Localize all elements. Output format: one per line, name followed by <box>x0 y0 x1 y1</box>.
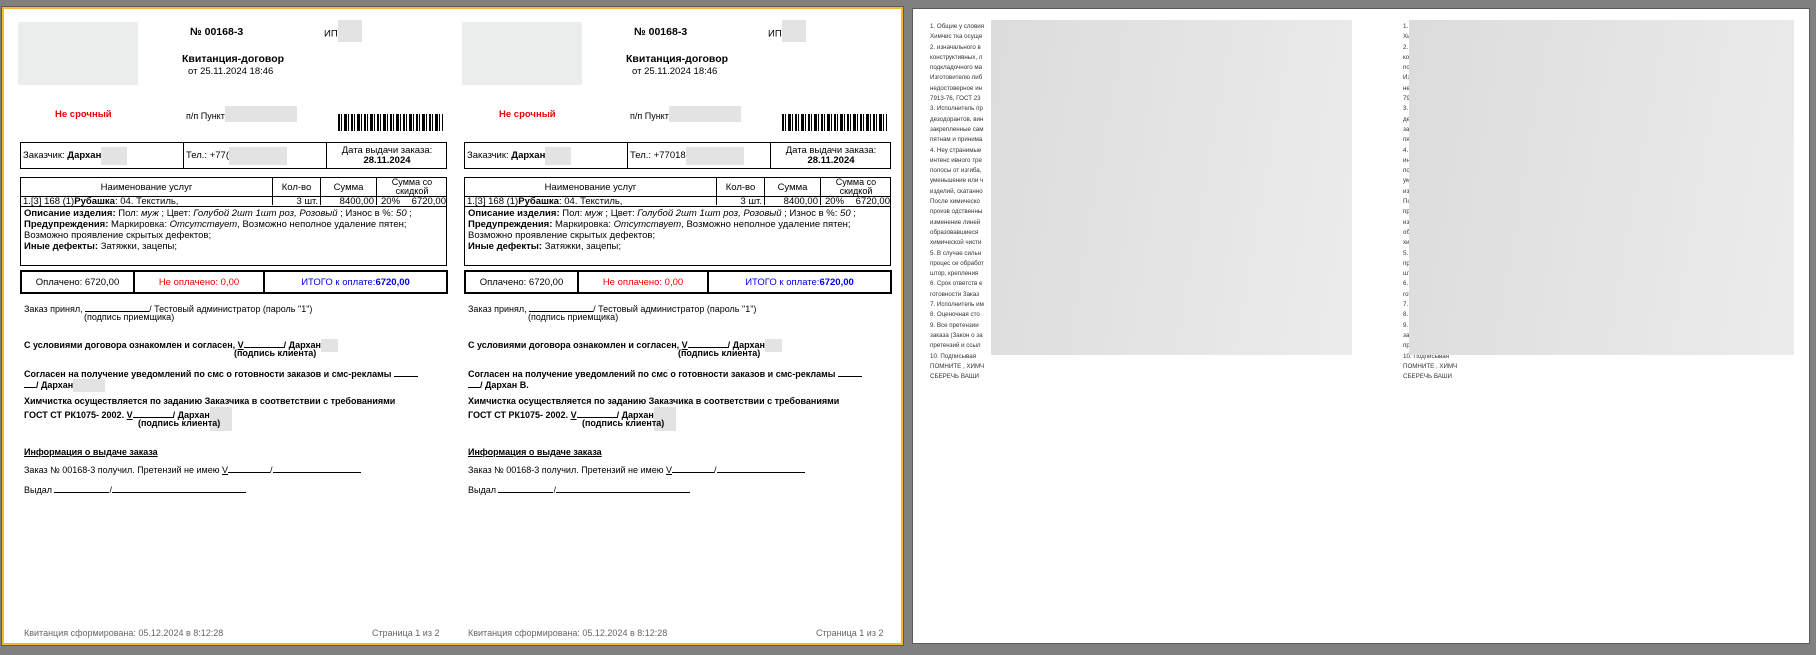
col-header-service: Наименование услуг <box>21 178 272 196</box>
issue-info-title: Информация о выдаче заказа <box>468 447 602 457</box>
terms-line: уменьшение или ч <box>930 177 992 185</box>
terms-line: 7913-76, ГОСТ 23 <box>930 95 992 103</box>
footer-page: Страница 1 из 2 <box>816 628 883 638</box>
urgency-status: Не срочный <box>499 109 556 120</box>
print-preview-page-2[interactable]: 1. Общие у словияХимчис тка осуще2. изна… <box>912 8 1810 644</box>
receipt-copy: № 00168-3 ИП Квитанция-договор от 25.11.… <box>4 9 450 643</box>
terms-line: закрепленные сам <box>930 126 992 134</box>
gost-caption: (подпись клиента) <box>138 418 220 428</box>
col-header-qty: Кол-во <box>273 178 320 196</box>
contract-terms: 1. Общие у словияХимчис тка осуще2. изна… <box>930 23 992 383</box>
redacted-phone <box>229 147 287 165</box>
issued-line: Выдал / <box>468 482 690 495</box>
accepted-caption: (подпись приемщика) <box>528 312 618 322</box>
terms-line: 1. Общие у словия <box>930 23 992 31</box>
print-preview-page-1[interactable]: № 00168-3 ИП Квитанция-договор от 25.11.… <box>2 7 903 645</box>
total-amount: ИТОГО к оплате: 6720,00 <box>709 272 890 292</box>
gost-caption: (подпись клиента) <box>582 418 664 428</box>
item-description: Описание изделия: Пол: муж ; Цвет: Голуб… <box>24 208 412 252</box>
terms-line: конструктивных, л <box>930 54 992 62</box>
phone-field: Тел.: +77018 <box>630 143 744 168</box>
document-date: от 25.11.2024 18:46 <box>632 66 717 77</box>
sms-consent-client: / Дархан <box>24 377 105 392</box>
redacted-ip <box>782 20 806 42</box>
company-logo <box>462 22 582 85</box>
item-description: Описание изделия: Пол: муж ; Цвет: Голуб… <box>468 208 856 252</box>
service-discounted-sum: 6720,00 <box>821 197 890 206</box>
footer-generated: Квитанция сформирована: 05.12.2024 в 8:1… <box>468 628 667 638</box>
terms-line: процес се обработ <box>930 260 992 268</box>
terms-line: претензий и ссыл <box>930 342 992 350</box>
barcode <box>782 114 887 131</box>
receipt-number: № 00168-3 <box>634 26 687 38</box>
service-qty: 3 шт. <box>717 197 762 206</box>
terms-line: СБЕРЕЧЬ ВАШИ <box>1403 373 1465 381</box>
receipt-copy: № 00168-3 ИП Квитанция-договор от 25.11.… <box>448 9 894 643</box>
terms-line: заказа (Закон о за <box>930 332 992 340</box>
issue-info-title: Информация о выдаче заказа <box>24 447 158 457</box>
gost-line: Химчистка осуществляется по заданию Зака… <box>24 396 395 406</box>
redacted-surname <box>765 339 782 352</box>
terms-line: пятнам и принима <box>930 136 992 144</box>
gost-line: Химчистка осуществляется по заданию Зака… <box>468 396 839 406</box>
customer-box: Заказчик: Дархан Тел.: +77( Дата выдачи … <box>20 142 447 169</box>
document-date: от 25.11.2024 18:46 <box>188 66 273 77</box>
terms-line: 6. Срок ответств е <box>930 280 992 288</box>
service-sum: 8400,00 <box>765 197 818 206</box>
phone-field: Тел.: +77( <box>186 143 287 168</box>
redacted-surname <box>321 339 338 352</box>
footer-generated: Квитанция сформирована: 05.12.2024 в 8:1… <box>24 628 223 638</box>
terms-line: 4. Неу странимые <box>930 147 992 155</box>
service-qty: 3 шт. <box>273 197 318 206</box>
terms-line: образовавшиеся <box>930 229 992 237</box>
terms-line: изменение линей <box>930 219 992 227</box>
issued-line: Выдал / <box>24 482 246 495</box>
issue-date-field: Дата выдачи заказа:28.11.2024 <box>771 143 891 168</box>
terms-line: 7. Исполнитель им <box>930 301 992 309</box>
point-label: п/п Пункт <box>630 111 741 122</box>
received-line: Заказ № 00168-3 получил. Претензий не им… <box>468 462 805 475</box>
customer-field: Заказчик: Дархан <box>23 143 127 168</box>
services-table: Наименование услуг Кол-во Сумма Сумма со… <box>20 177 447 266</box>
terms-line: 9. Все претензии <box>930 322 992 330</box>
redacted-point <box>669 106 741 122</box>
terms-line: 5. В случае сильн <box>930 250 992 258</box>
ip-label: ИП <box>324 26 362 42</box>
terms-line: Химчис тка осуще <box>930 33 992 41</box>
terms-line: После химическо <box>930 198 992 206</box>
terms-line: недостоверное ин <box>930 85 992 93</box>
payment-summary: Оплачено: 6720,00 Не оплачено: 0,00 ИТОГ… <box>20 270 448 294</box>
terms-line: СБЕРЕЧЬ ВАШИ <box>930 373 992 381</box>
terms-line: Изготовителю либ <box>930 74 992 82</box>
terms-line: ПОМНИТЕ , ХИМЧ <box>1403 363 1465 371</box>
redacted-surname <box>545 147 571 165</box>
redacted-point <box>225 106 297 122</box>
redacted-surname <box>73 379 105 392</box>
redacted-ip <box>338 20 362 42</box>
service-name: 1.[3] 168 (1) Рубашка: 04. Текстиль, <box>467 197 622 206</box>
col-header-discounted: Сумма со скидкой <box>377 178 447 196</box>
col-header-service: Наименование услуг <box>465 178 716 196</box>
total-amount: ИТОГО к оплате: 6720,00 <box>265 272 446 292</box>
payment-summary: Оплачено: 6720,00 Не оплачено: 0,00 ИТОГ… <box>464 270 892 294</box>
redacted-surname <box>101 147 127 165</box>
terms-line: 10. Подписывая <box>930 353 992 361</box>
terms-line: 8. Оценочная сто <box>930 311 992 319</box>
issue-date-field: Дата выдачи заказа:28.11.2024 <box>327 143 447 168</box>
service-sum: 8400,00 <box>321 197 374 206</box>
terms-line: готовности Заказ <box>930 291 992 299</box>
redacted-phone <box>686 147 744 165</box>
paid-amount: Оплачено: 6720,00 <box>22 272 133 292</box>
redacted-terms <box>1409 20 1794 355</box>
unpaid-amount: Не оплачено: 0,00 <box>579 272 707 292</box>
col-header-discounted: Сумма со скидкой <box>821 178 891 196</box>
terms-line: интенс ивного тре <box>930 157 992 165</box>
barcode <box>338 114 443 131</box>
company-logo <box>18 22 138 85</box>
service-name: 1.[3] 168 (1) Рубашка: 04. Текстиль, <box>23 197 178 206</box>
terms-line: штор, крепления <box>930 270 992 278</box>
terms-line: дезодорантов, вин <box>930 116 992 124</box>
terms-line: 3. Исполнитель пр <box>930 105 992 113</box>
terms-line: химической чисти <box>930 239 992 247</box>
paid-amount: Оплачено: 6720,00 <box>466 272 577 292</box>
customer-box: Заказчик: Дархан Тел.: +77018 Дата выдач… <box>464 142 891 169</box>
agreement-caption: (подпись клиента) <box>678 348 760 358</box>
col-header-qty: Кол-во <box>717 178 764 196</box>
agreement-caption: (подпись клиента) <box>234 348 316 358</box>
terms-line: 2. изначального в <box>930 44 992 52</box>
urgency-status: Не срочный <box>55 109 112 120</box>
receipt-number: № 00168-3 <box>190 26 243 38</box>
sms-consent-client: / Дархан В. <box>468 377 529 390</box>
received-line: Заказ № 00168-3 получил. Претензий не им… <box>24 462 361 475</box>
accepted-caption: (подпись приемщика) <box>84 312 174 322</box>
terms-line: подкладочного ма <box>930 64 992 72</box>
customer-field: Заказчик: Дархан <box>467 143 571 168</box>
col-header-sum: Сумма <box>765 178 820 196</box>
document-title: Квитанция-договор <box>182 53 284 65</box>
footer-page: Страница 1 из 2 <box>372 628 439 638</box>
unpaid-amount: Не оплачено: 0,00 <box>135 272 263 292</box>
ip-label: ИП <box>768 26 806 42</box>
point-label: п/п Пункт <box>186 111 297 122</box>
redacted-terms <box>991 20 1352 355</box>
terms-line: изделий, скатанно <box>930 188 992 196</box>
col-header-sum: Сумма <box>321 178 376 196</box>
services-table: Наименование услуг Кол-во Сумма Сумма со… <box>464 177 891 266</box>
document-title: Квитанция-договор <box>626 53 728 65</box>
terms-line: ПОМНИТЕ , ХИМЧ <box>930 363 992 371</box>
terms-line: произв одственны <box>930 208 992 216</box>
terms-line: полосы от изгиба, <box>930 167 992 175</box>
service-discounted-sum: 6720,00 <box>377 197 446 206</box>
